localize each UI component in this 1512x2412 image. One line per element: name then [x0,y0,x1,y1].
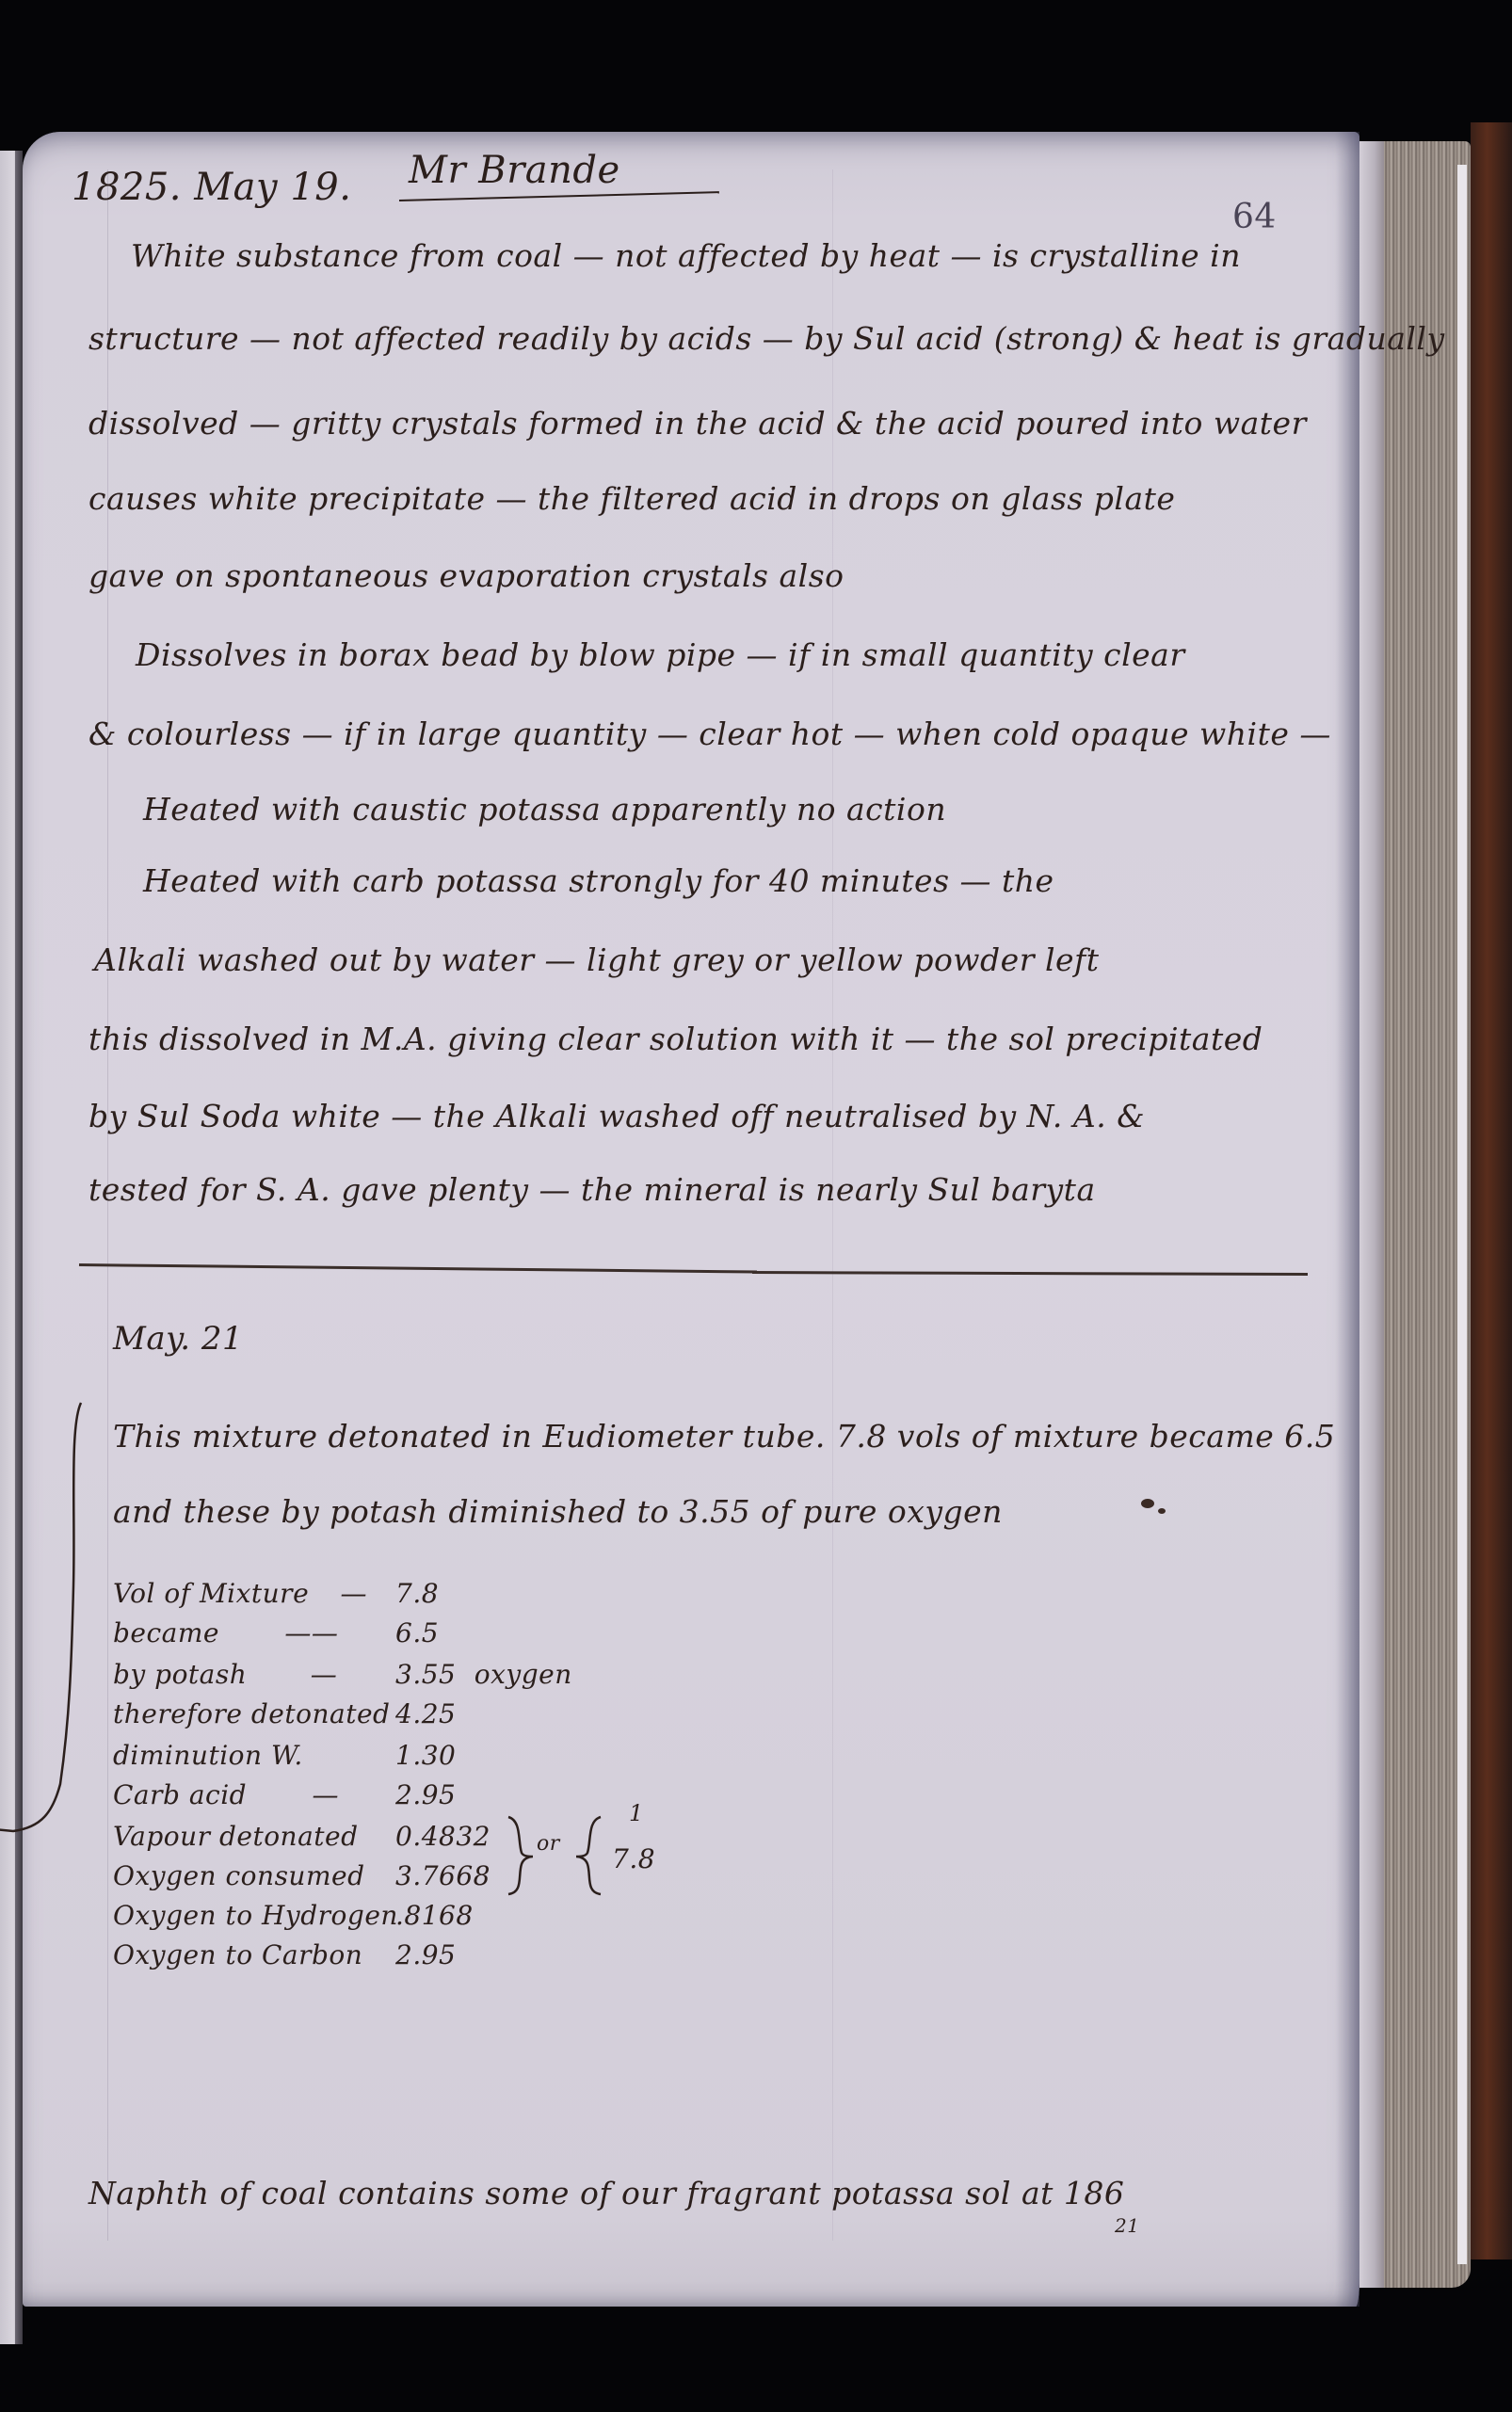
text-line: Heated with carb potassa strongly for 40… [143,862,1054,899]
row-value: 4.25 [395,1698,456,1729]
right-brace-icon [501,1813,557,1898]
row-separator: — [341,1578,368,1609]
margin-bracket-icon [0,1398,107,1850]
row-separator: — [311,1659,338,1690]
footer-superscript: 21 [1115,2214,1139,2237]
fraction-numerator: 1 [629,1800,644,1826]
section-divider [79,1263,757,1274]
last-page-edge [1457,165,1467,2264]
row-value: 3.7668 [395,1860,491,1891]
entry-date: 1825. May 19. [72,166,351,209]
page-number: 64 [1232,198,1277,236]
row-value: 1.30 [395,1740,456,1771]
row-value: 0.4832 [395,1821,491,1852]
table-row: Oxygen consumed [113,1860,365,1891]
row-label: Carb acid [113,1779,247,1810]
text-line: dissolved — gritty crystals formed in th… [88,405,1307,442]
text-line: White substance from coal — not affected… [131,237,1241,274]
table-row: diminution W. [113,1740,303,1771]
row-value: 3.55 oxygen [395,1659,572,1690]
book-gutter [15,151,23,2344]
table-row: Carb acid — [113,1779,339,1810]
table-row: became —— [113,1617,338,1648]
left-brace-icon [574,1813,608,1898]
table-row: by potash — [113,1659,337,1690]
text-line: Dissolves in borax bead by blow pipe — i… [136,636,1185,673]
table-row: Vol of Mixture — [113,1578,367,1609]
page-stack-shadow [1359,141,1384,2288]
table-row: therefore detonated [113,1698,390,1729]
text-line: gave on spontaneous evaporation crystals… [88,557,844,594]
row-label: Vol of Mixture [113,1578,309,1609]
entry-date: May. 21 [113,1320,243,1358]
row-note: oxygen [475,1659,572,1690]
text-line: tested for S. A. gave plenty — the miner… [88,1171,1096,1208]
text-line: causes white precipitate — the filtered … [88,480,1175,517]
text-line: by Sul Soda white — the Alkali washed of… [88,1098,1145,1134]
row-label: by potash [113,1659,247,1690]
leather-cover-edge [1471,122,1512,2259]
text-line: and these by potash diminished to 3.55 o… [113,1493,1003,1530]
entry-subject: Mr Brande [409,149,620,192]
row-value: .8168 [395,1900,474,1931]
ink-blot [1141,1499,1154,1508]
text-line: This mixture detonated in Eudiometer tub… [113,1418,1335,1455]
fraction-denominator: 7.8 [612,1843,655,1874]
footer-text-line: Naphth of coal contains some of our frag… [88,2175,1124,2211]
section-divider-continued [752,1271,1308,1276]
text-line: Alkali washed out by water — light grey … [94,941,1100,978]
page-edge-shade [1335,132,1359,2307]
row-value: 2.95 [395,1939,456,1970]
table-row: Oxygen to Carbon [113,1939,362,1970]
ink-blot [1158,1508,1166,1514]
text-line: this dissolved in M.A. giving clear solu… [88,1021,1263,1057]
notebook-page: 1825. May 19. Mr Brande 64 White substan… [23,132,1359,2307]
text-line: structure — not affected readily by acid… [88,320,1445,357]
row-value: 7.8 [395,1578,439,1609]
row-label: became [113,1617,219,1648]
row-value-number: 3.55 [395,1659,456,1690]
brace-connector: or [537,1832,560,1856]
subject-underline [399,191,719,201]
row-separator: —— [284,1617,338,1648]
table-row: Oxygen to Hydrogen [113,1900,398,1931]
text-line: & colourless — if in large quantity — cl… [88,716,1331,752]
row-separator: — [313,1779,340,1810]
text-line: Heated with caustic potassa apparently n… [143,791,946,828]
row-value: 6.5 [395,1617,439,1648]
table-row: Vapour detonated [113,1821,359,1852]
row-value: 2.95 [395,1779,456,1810]
